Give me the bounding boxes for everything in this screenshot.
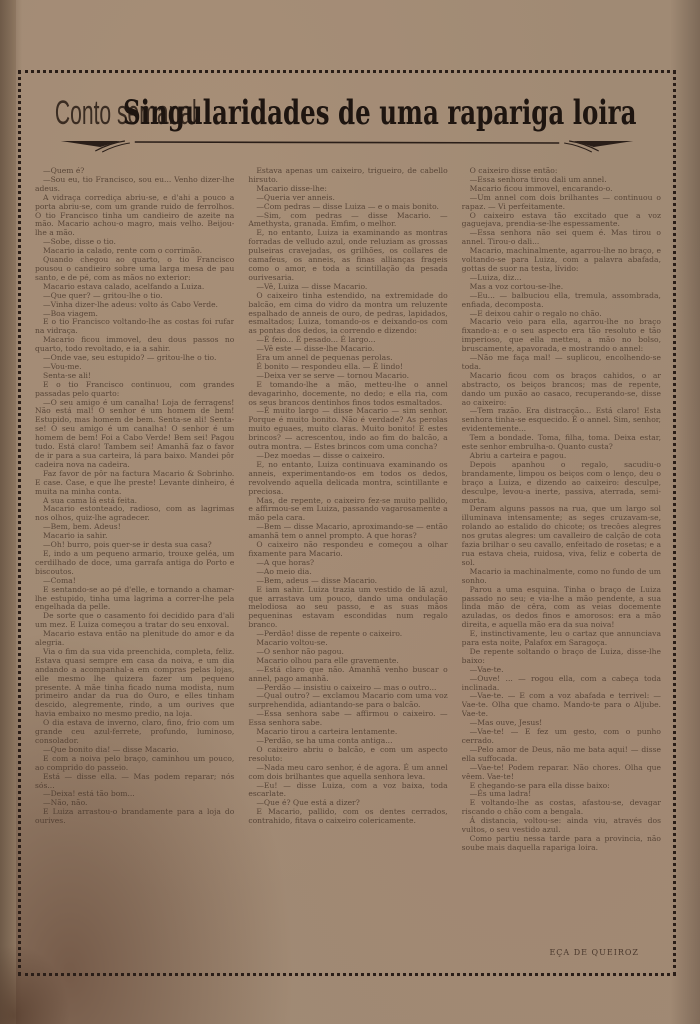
paragraph: Deram alguns passos na rua, que um largo… (462, 505, 661, 567)
paragraph: E, indo a um pequeno armario, trouxe gel… (35, 550, 234, 577)
paragraph: —Ouve! ... — rogou ella, com a cabeça to… (462, 675, 661, 693)
paragraph: —Não me faça mal! — suplicou, encolhendo… (462, 354, 661, 372)
paragraph: E, no entanto, Luiza ia examinando as mo… (248, 229, 447, 282)
paragraph: —Eu... — balbuciou ella, tremula, assomb… (462, 292, 661, 310)
paragraph: E com a noiva pelo braço, caminhou um po… (35, 755, 234, 773)
paragraph: —Sim, com pedras — disse Macario. — Amet… (248, 212, 447, 230)
paragraph: E sentando-se ao pé d'elle, e tornando a… (35, 586, 234, 613)
paragraph: Faz favor de pôr na factura Macario & So… (35, 470, 234, 497)
article-frame: Conto semanal Singularidades de uma rapa… (18, 70, 676, 976)
paragraph: —Está claro que não. Amanhã venho buscar… (248, 666, 447, 684)
paragraph: Tem a bondade. Toma, filha, toma. Deixa … (462, 434, 661, 452)
paragraph: —O seu amigo é um canalha! Loja de ferra… (35, 399, 234, 470)
paragraph: —Eu! — disse Luiza, com a voz baixa, tod… (248, 782, 447, 800)
paragraph: Quando chegou ao quarto, o tio Francisco… (35, 256, 234, 283)
paragraph: E, instinctivamente, leu o cartaz que an… (462, 630, 661, 648)
paragraph: O caixeiro abriu o balcão, e com um aspe… (248, 746, 447, 764)
paragraph: —Vae-te! — E fez um gesto, com o punho c… (462, 728, 661, 746)
paragraph: Via o fim da sua vida preenchida, comple… (35, 648, 234, 719)
paragraph: A vidraça corrediça abriu-se, e d'ahi a … (35, 194, 234, 239)
paragraph: E Luiza arrastou-o brandamente para a lo… (35, 808, 234, 826)
paragraph: E tomando-lhe a mão, metteu-lhe o annel … (248, 381, 447, 408)
paragraph: O caixeiro não respondeu e começou a olh… (248, 541, 447, 559)
paragraph: Macario estonteado, radioso, com as lagr… (35, 505, 234, 523)
story-title: Singularidades de uma rapariga loira (123, 93, 636, 133)
paragraph: —Vae-te. — E com a voz abafada e terrive… (462, 692, 661, 719)
paragraph: —Nada meu caro senhor, é de agora. É um … (248, 764, 447, 782)
paragraph: —Vae-te! Podem reparar. Não chores. Olha… (462, 764, 661, 782)
paragraph: O dia estava de inverno, claro, fino, fr… (35, 719, 234, 746)
paragraph: —É muito largo — disse Macario — sim sen… (248, 407, 447, 452)
paragraph: E o tio Francisco voltando-lhe as costas… (35, 318, 234, 336)
paragraph: —Pelo amor de Deus, não me bata aqui! — … (462, 746, 661, 764)
paragraph: —Bem — disse Macario, aproximando-se — e… (248, 523, 447, 541)
paragraph: De repente soltando o braço de Luiza, di… (462, 648, 661, 666)
paragraph: Estava apenas um caixeiro, trigueiro, de… (248, 167, 447, 185)
paragraph: De sorte que o casamento foi decidido pa… (35, 612, 234, 630)
title-ornament-rule (41, 135, 653, 155)
paragraph: E iam sahir. Luiza trazia um vestido de … (248, 586, 447, 631)
paragraph: Como partiu nessa tarde para a provincia… (462, 835, 661, 853)
column-1: —Quem é?—Sou eu, tio Francisco, sou eu..… (35, 167, 234, 933)
paragraph: Mas, de repente, o caixeiro fez-se muito… (248, 497, 447, 524)
column-2: Estava apenas um caixeiro, trigueiro, de… (248, 167, 447, 933)
paragraph: —Sou eu, tio Francisco, sou eu... Venho … (35, 176, 234, 194)
paragraph: E Macario, pallido, com os dentes cerrad… (248, 808, 447, 826)
paragraph: Macario ia machinalmente, como no fundo … (462, 568, 661, 586)
article-header: Conto semanal Singularidades de uma rapa… (21, 85, 673, 133)
paragraph: O caixeiro tinha estendido, na extremida… (248, 292, 447, 337)
paragraph: Parou a uma esquina. Tinha o braço de Lu… (462, 586, 661, 631)
author-signature: EÇA DE QUEIROZ (549, 948, 639, 957)
paragraph: —Essa senhora sabe — affirmou o caixeiro… (248, 710, 447, 728)
paragraph: —Qual outro? — exclamou Macario com uma … (248, 692, 447, 710)
ornament-flourish-icon (41, 135, 653, 155)
paragraph: Á distancia, voltou-se: ainda viu, atrav… (462, 817, 661, 835)
paragraph: E, no entanto, Luiza continuava examinan… (248, 461, 447, 497)
paragraph: Macario estava então na plenitude do amo… (35, 630, 234, 648)
paragraph: O caixeiro estava tão excitado que a voz… (462, 212, 661, 230)
paragraph: —Tem razão. Era distracção... Está claro… (462, 407, 661, 434)
paragraph: Macario veio para ella, agarrou-lhe no b… (462, 318, 661, 354)
page-spine-shadow (0, 0, 16, 1024)
paragraph: Macario, machinalmente, agarrou-lhe no b… (462, 247, 661, 274)
paragraph: Depois apanhou o regalo, sacudiu-o brand… (462, 461, 661, 506)
column-3: O caixeiro disse então:—Essa senhora tir… (462, 167, 661, 933)
paragraph: E o tio Francisco continuou, com grandes… (35, 381, 234, 399)
article-columns: —Quem é?—Sou eu, tio Francisco, sou eu..… (35, 167, 661, 933)
paragraph: Macario ficou com os braços cahidos, o a… (462, 372, 661, 408)
paragraph: Macario ficou immovel, deu dous passos n… (35, 336, 234, 354)
paragraph: Está — disse ella. — Mas podem reparar; … (35, 773, 234, 791)
paragraph: E voltando-lhe as costas, afastou-se, de… (462, 799, 661, 817)
paragraph: —Um annel com dois brilhantes — continuo… (462, 194, 661, 212)
paragraph: —Essa senhora não sei quem é. Mas tirou … (462, 229, 661, 247)
